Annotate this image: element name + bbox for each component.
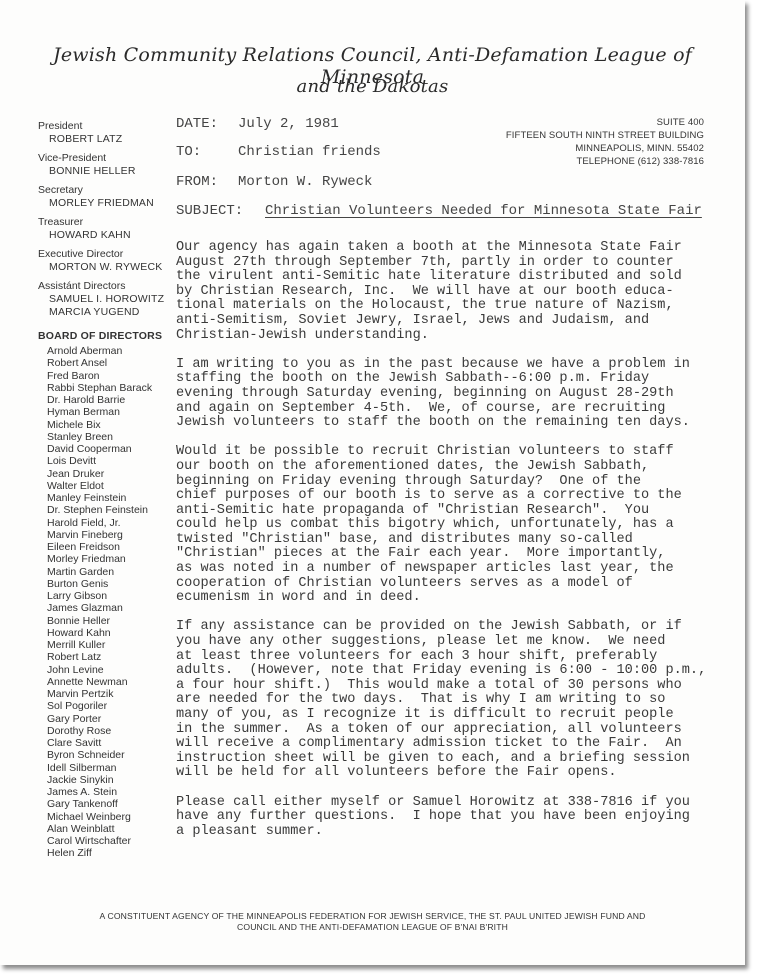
board-member: Sol Pogoriler — [47, 700, 168, 712]
board-member: James Glazman — [47, 602, 168, 614]
subject-value: Christian Volunteers Needed for Minnesot… — [265, 203, 702, 219]
officer-role: Secretary — [38, 184, 168, 197]
board-member: Jean Druker — [47, 468, 168, 480]
board-members-list: Arnold AbermanRobert AnselFred BaronRabb… — [38, 345, 168, 860]
address-building: FIFTEEN SOUTH NINTH STREET BUILDING — [506, 129, 704, 142]
board-member: Lois Devitt — [47, 455, 168, 467]
from-value: Morton W. Ryweck — [238, 174, 372, 190]
officer-name: SAMUEL I. HOROWITZ — [38, 293, 168, 306]
board-member: Martin Garden — [47, 566, 168, 578]
address-telephone: TELEPHONE (612) 338-7816 — [506, 155, 704, 168]
board-member: Robert Ansel — [47, 357, 168, 369]
body-paragraph: If any assistance can be provided on the… — [176, 620, 736, 781]
board-member: Alan Weinblatt — [47, 823, 168, 835]
from-label: FROM: — [176, 174, 238, 190]
board-member: Walter Eldot — [47, 480, 168, 492]
board-title: BOARD OF DIRECTORS — [38, 330, 168, 343]
body-paragraph: Please call either myself or Samuel Horo… — [176, 796, 736, 840]
letterhead-subtitle: and the Dakotas — [0, 76, 745, 97]
board-member: Gary Tankenoff — [47, 798, 168, 810]
office-address: SUITE 400 FIFTEEN SOUTH NINTH STREET BUI… — [506, 116, 704, 168]
board-member: Byron Schneider — [47, 749, 168, 761]
memo-from-row: FROM:Morton W. Ryweck — [176, 174, 372, 190]
footer-line-2: COUNCIL AND THE ANTI-DEFAMATION LEAGUE O… — [0, 922, 745, 933]
board-member: Morley Friedman — [47, 553, 168, 565]
officer-entry: PresidentROBERT LATZ — [38, 120, 168, 146]
officer-name: BONNIE HELLER — [38, 165, 168, 178]
officer-name: MORLEY FRIEDMAN — [38, 197, 168, 210]
body-paragraph: Would it be possible to recruit Christia… — [176, 445, 736, 606]
officer-entry: TreasurerHOWARD KAHN — [38, 216, 168, 242]
board-member: Clare Savitt — [47, 737, 168, 749]
memo-to-row: TO:Christian friends — [176, 144, 381, 160]
board-member: Eileen Freidson — [47, 541, 168, 553]
board-member: Idell Silberman — [47, 762, 168, 774]
officer-role: Treasurer — [38, 216, 168, 229]
board-member: Carol Wirtschafter — [47, 835, 168, 847]
board-member: Dr. Stephen Feinstein — [47, 504, 168, 516]
board-member: Dorothy Rose — [47, 725, 168, 737]
board-member: Hyman Berman — [47, 406, 168, 418]
address-suite: SUITE 400 — [506, 116, 704, 129]
board-member: Burton Genis — [47, 578, 168, 590]
board-member: Michele Bix — [47, 419, 168, 431]
date-label: DATE: — [176, 116, 238, 132]
board-member: Helen Ziff — [47, 847, 168, 859]
officer-entry: Assistánt DirectorsSAMUEL I. HOROWITZMAR… — [38, 280, 168, 319]
board-member: Merrill Kuller — [47, 639, 168, 651]
letter-body: Our agency has again taken a booth at th… — [176, 241, 736, 854]
officer-name: HOWARD KAHN — [38, 229, 168, 242]
officer-name: ROBERT LATZ — [38, 133, 168, 146]
to-label: TO: — [176, 144, 238, 160]
officer-role: Executive Director — [38, 248, 168, 261]
footer-line-1: A CONSTITUENT AGENCY OF THE MINNEAPOLIS … — [0, 911, 745, 922]
board-member: Rabbi Stephan Barack — [47, 382, 168, 394]
memo-date-row: DATE:July 2, 1981 — [176, 116, 339, 132]
board-member: Marvin Pertzik — [47, 688, 168, 700]
memo-subject-row: SUBJECT:Christian Volunteers Needed for … — [176, 203, 702, 219]
board-member: Annette Newman — [47, 676, 168, 688]
date-value: July 2, 1981 — [238, 116, 339, 132]
officer-entry: SecretaryMORLEY FRIEDMAN — [38, 184, 168, 210]
officer-entry: Vice-PresidentBONNIE HELLER — [38, 152, 168, 178]
officer-role: Assistánt Directors — [38, 280, 168, 293]
officer-name: MARCIA YUGEND — [38, 306, 168, 319]
board-member: John Levine — [47, 664, 168, 676]
board-member: Fred Baron — [47, 370, 168, 382]
officer-name: MORTON W. RYWECK — [38, 261, 168, 274]
officer-role: President — [38, 120, 168, 133]
board-member: Howard Kahn — [47, 627, 168, 639]
body-paragraph: Our agency has again taken a booth at th… — [176, 241, 736, 343]
board-member: Robert Latz — [47, 651, 168, 663]
board-member: Dr. Harold Barrie — [47, 394, 168, 406]
board-member: Manley Feinstein — [47, 492, 168, 504]
to-value: Christian friends — [238, 144, 381, 160]
board-member: David Cooperman — [47, 443, 168, 455]
address-city: MINNEAPOLIS, MINN. 55402 — [506, 142, 704, 155]
officer-entry: Executive DirectorMORTON W. RYWECK — [38, 248, 168, 274]
subject-label: SUBJECT: — [176, 203, 265, 219]
board-member: Harold Field, Jr. — [47, 517, 168, 529]
board-member: Gary Porter — [47, 713, 168, 725]
board-member: Stanley Breen — [47, 431, 168, 443]
footer: A CONSTITUENT AGENCY OF THE MINNEAPOLIS … — [0, 911, 745, 933]
board-member: Marvin Fineberg — [47, 529, 168, 541]
body-paragraph: I am writing to you as in the past becau… — [176, 358, 736, 431]
board-member: Larry Gibson — [47, 590, 168, 602]
officer-role: Vice-President — [38, 152, 168, 165]
board-member: Jackie Sinykin — [47, 774, 168, 786]
board-member: Arnold Aberman — [47, 345, 168, 357]
officers-sidebar: PresidentROBERT LATZVice-PresidentBONNIE… — [38, 120, 168, 860]
officers-list: PresidentROBERT LATZVice-PresidentBONNIE… — [38, 120, 168, 319]
board-member: Michael Weinberg — [47, 811, 168, 823]
letter-page: Jewish Community Relations Council, Anti… — [0, 0, 745, 965]
board-member: James A. Stein — [47, 786, 168, 798]
board-member: Bonnie Heller — [47, 615, 168, 627]
